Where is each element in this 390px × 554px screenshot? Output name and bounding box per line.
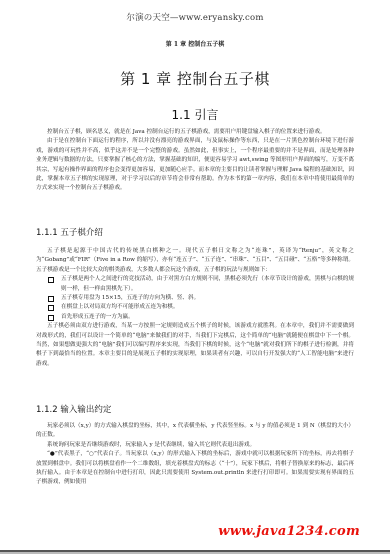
gomoku-intro-body: 五子棋是起源于中国古代的传统黑白棋种之一。现代五子棋日文称之为“连珠”，英译为“… <box>36 247 354 369</box>
site-header: 尔演の天空—www.eryansky.com <box>0 11 390 23</box>
running-head: 第 1 章 控制台五子棋 <box>0 39 390 48</box>
paragraph: 系统询问玩家是否继续游戏时，玩家输入 y 是代表继续，输入其它则代表退出游戏。 <box>36 441 354 450</box>
paragraph: 由于是在控制台下面运行的程序，所以并没有漂亮的游戏界面，与及鼠标操作等东西，只是… <box>36 137 354 193</box>
paragraph: 五子棋是起源于中国古代的传统黑白棋种之一。现代五子棋日文称之为“连珠”，英译为“… <box>36 247 354 275</box>
subsection-title-1-1-2: 1.1.2 输入输出约定 <box>36 403 111 415</box>
document-page: 尔演の天空—www.eryansky.com 第 1 章 控制台五子棋 第 1 … <box>0 0 390 554</box>
paragraph: “●”代表黑子，“○”代表白子。当玩家以（x,y）的形式输入下棋的坐标后，游戏中… <box>36 450 354 488</box>
subsection-title-1-1-1: 1.1.1 五子棋介绍 <box>36 226 103 238</box>
paragraph: 玩家必须以（x,y）的方式输入棋盘的坐标，其中，x 代表横坐标，y 代表竖坐标。… <box>36 422 354 441</box>
rule-item: 五子棋专用盘为 15×15，五连子的方向为横、竖、斜。 <box>47 294 354 303</box>
rule-item: 首先形成五连子的一方为赢。 <box>47 313 354 322</box>
chapter-title: 第 1 章 控制台五子棋 <box>0 68 390 89</box>
rules-list: 五子棋是两个人之间进行的竞技活动，由于对黑方白方规则不同，黑棋必须先行（本章节设… <box>36 275 354 322</box>
io-conventions-body: 玩家必须以（x,y）的方式输入棋盘的坐标，其中，x 代表横坐标，y 代表竖坐标。… <box>36 422 354 488</box>
rule-item: 在棋盘上以对局双方均不可能形成五连为和棋。 <box>47 303 354 312</box>
section-title-1-1: 1.1 引言 <box>0 106 390 123</box>
intro-section-body: 控制台五子棋，顾名思义，就是在 Java 控制台运行的五子棋游戏，需要用户用键盘… <box>36 128 354 194</box>
rule-item: 五子棋是两个人之间进行的竞技活动，由于对黑方白方规则不同，黑棋必须先行（本章节设… <box>47 275 354 294</box>
paragraph: 控制台五子棋，顾名思义，就是在 Java 控制台运行的五子棋游戏，需要用户用键盘… <box>36 128 354 137</box>
watermark-link[interactable]: www.java1234.com <box>218 524 360 539</box>
paragraph: 五子棋必须由双方进行游戏，当某一方按照一定规则造成五个棋子的时候，该游戏方就胜利… <box>36 322 354 369</box>
